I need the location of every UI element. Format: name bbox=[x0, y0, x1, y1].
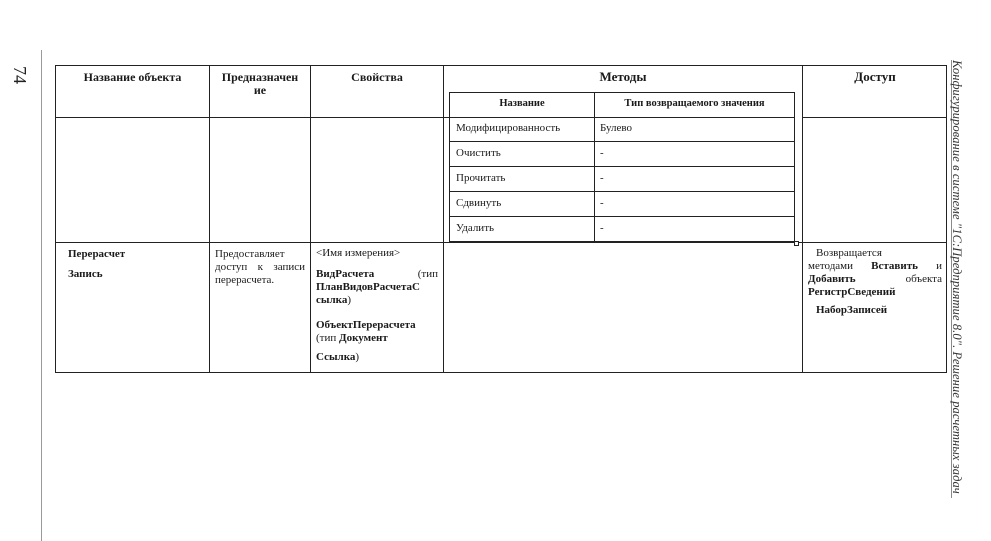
methods-table: Название Тип возвращаемого значения Моди… bbox=[449, 92, 795, 242]
method-name: Очистить bbox=[456, 147, 501, 159]
property-recalc-object-type-line1: Документ bbox=[339, 332, 388, 344]
table-row: Модифицированность Булево bbox=[450, 117, 794, 142]
method-name: Прочитать bbox=[456, 172, 505, 184]
property-calc-type-close: ) bbox=[347, 294, 351, 306]
method-return-type: - bbox=[600, 222, 604, 234]
header-divider bbox=[55, 117, 444, 118]
header-divider-stub bbox=[430, 117, 450, 118]
column-divider bbox=[443, 65, 444, 373]
property-recalc-object-close: ) bbox=[355, 351, 359, 363]
methods-header-name: Название bbox=[450, 98, 594, 109]
header-properties: Свойства bbox=[311, 71, 443, 84]
table-row: Прочитать - bbox=[450, 167, 794, 192]
access-method-add: Добавить bbox=[808, 273, 856, 286]
property-calc-type: ВидРасчета (тип ПланВидовРасчетаС сылка) bbox=[316, 268, 438, 307]
property-calc-type-open: (тип bbox=[418, 268, 438, 281]
property-calc-type-type-line1: ПланВидовРасчетаС bbox=[316, 281, 438, 294]
table-resize-handle[interactable] bbox=[794, 241, 799, 246]
table-row: Удалить - bbox=[450, 217, 794, 242]
header-divider bbox=[802, 117, 947, 118]
access-line1: Возвращается bbox=[808, 247, 942, 260]
access-line2-post: и bbox=[936, 260, 942, 273]
object-name-line2: Запись bbox=[68, 268, 103, 281]
property-calc-type-name: ВидРасчета bbox=[316, 268, 374, 281]
method-return-type: - bbox=[600, 197, 604, 209]
left-margin-rule bbox=[41, 50, 42, 541]
access-text: Возвращается методами Вставить и Добавит… bbox=[808, 247, 942, 317]
access-object-recordset: НаборЗаписей bbox=[808, 304, 942, 317]
method-return-type: - bbox=[600, 147, 604, 159]
property-recalc-object-open: (тип bbox=[316, 332, 336, 344]
method-name: Модифицированность bbox=[456, 122, 560, 134]
column-divider bbox=[209, 65, 210, 373]
method-name: Сдвинуть bbox=[456, 197, 501, 209]
methods-header-row: Название Тип возвращаемого значения bbox=[450, 93, 794, 118]
access-line2-pre: методами bbox=[808, 260, 853, 273]
running-header-text: Конфигурирование в системе "1С:Предприят… bbox=[949, 60, 964, 494]
property-dimension: <Имя измерения> bbox=[316, 247, 400, 260]
table-row: Очистить - bbox=[450, 142, 794, 167]
method-name: Удалить bbox=[456, 222, 494, 234]
purpose-text: Предоставляет доступ к записи перерасчет… bbox=[215, 248, 305, 287]
access-object-register: РегистрСведений bbox=[808, 286, 942, 299]
object-name-line1: Перерасчет bbox=[68, 248, 125, 261]
property-recalc-object: ОбъектПерерасчета (тип Документ Ссылка) bbox=[316, 319, 438, 364]
method-return-type: Булево bbox=[600, 122, 632, 134]
column-divider bbox=[802, 65, 803, 373]
page-number: 74 bbox=[9, 66, 30, 84]
property-recalc-object-name: ОбъектПерерасчета bbox=[316, 319, 438, 332]
access-method-insert: Вставить bbox=[871, 260, 918, 273]
header-methods: Методы bbox=[444, 70, 802, 83]
column-divider bbox=[310, 65, 311, 373]
header-purpose-line1: Предназначен bbox=[222, 70, 298, 84]
running-header: Конфигурирование в системе "1С:Предприят… bbox=[964, 60, 965, 500]
header-object-name: Название объекта bbox=[56, 71, 209, 84]
table-row: Сдвинуть - bbox=[450, 192, 794, 217]
methods-header-return-type: Тип возвращаемого значения bbox=[595, 98, 794, 109]
header-access: Доступ bbox=[803, 70, 947, 83]
property-recalc-object-type-line2: Ссылка bbox=[316, 351, 355, 363]
method-return-type: - bbox=[600, 172, 604, 184]
header-purpose-line2: ие bbox=[254, 83, 266, 97]
row-divider bbox=[55, 242, 947, 243]
property-calc-type-type-line2: сылка bbox=[316, 294, 347, 306]
header-purpose: Предназначен ие bbox=[210, 71, 310, 97]
access-line3-post: объекта bbox=[906, 273, 942, 286]
